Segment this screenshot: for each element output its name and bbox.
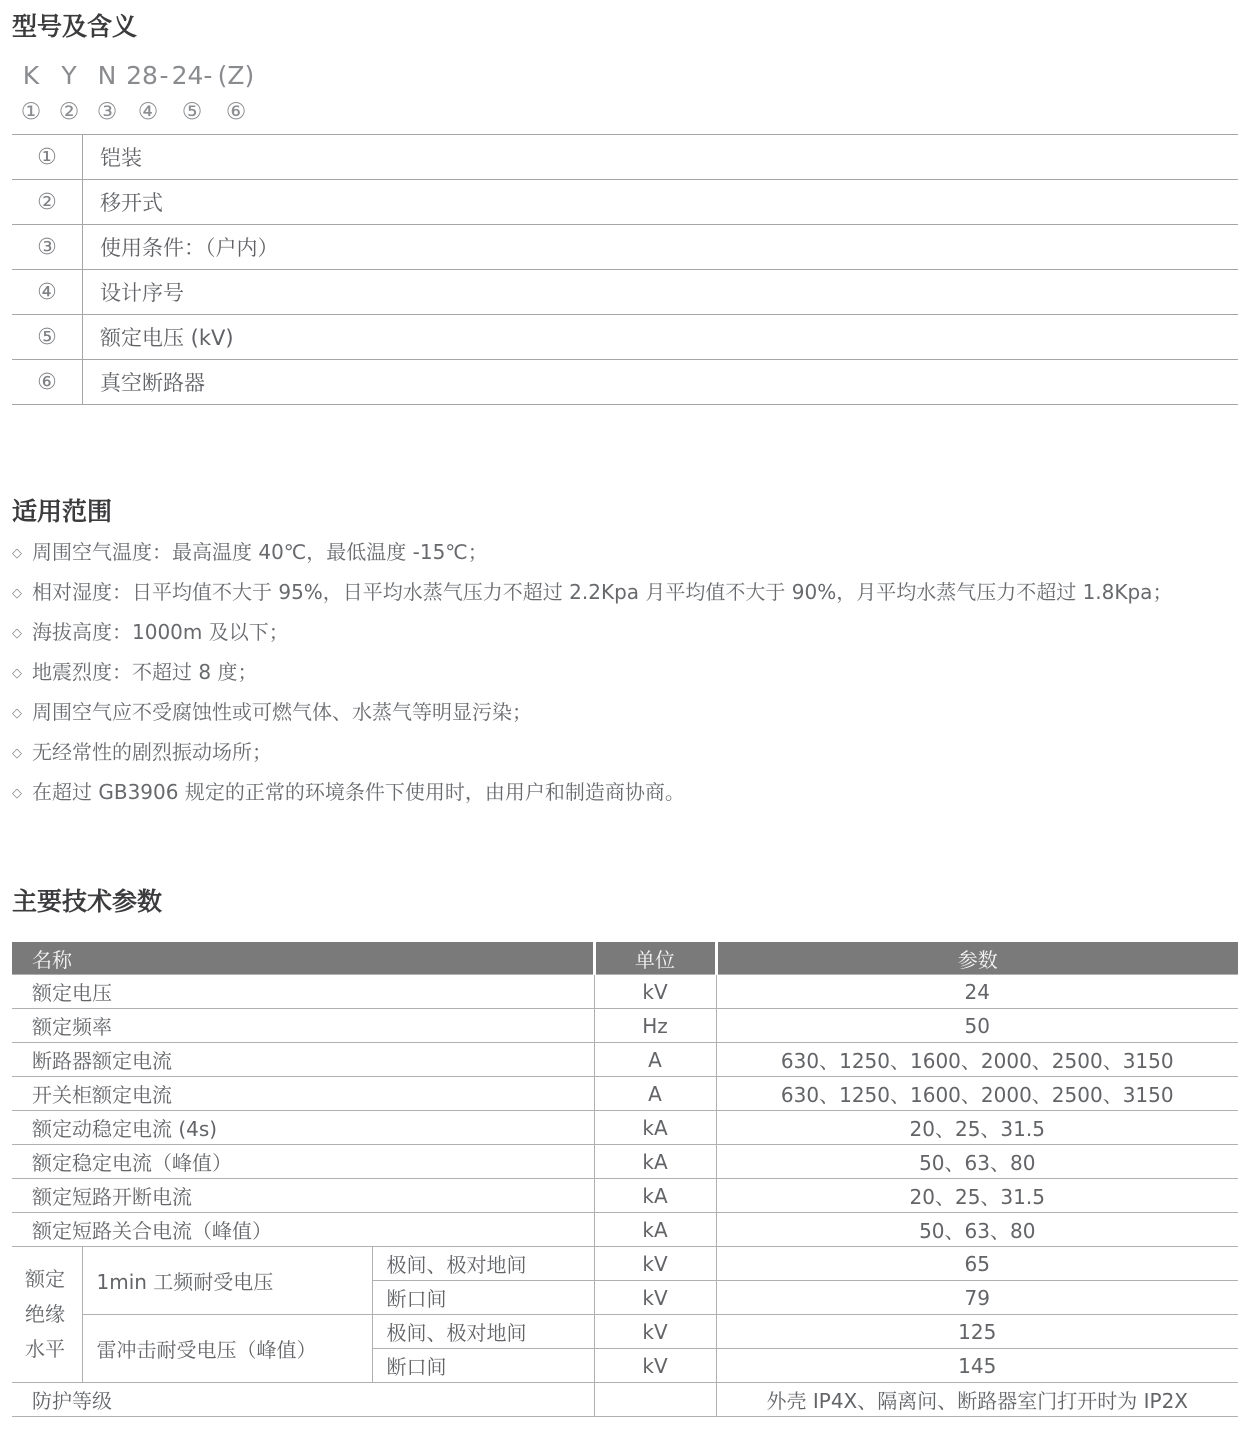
value-cell: 630、1250、1600、2000、2500、3150 [716,1077,1238,1111]
bullet-text: 周围空气应不受腐蚀性或可燃气体、水蒸气等明显污染； [32,700,532,724]
circle-cell: ④ [12,270,83,315]
param-row: 开关柜额定电流 A 630、1250、1600、2000、2500、3150 [12,1077,1238,1111]
unit-cell: kV [594,1315,716,1349]
value-cell: 50、63、80 [716,1213,1238,1247]
list-item: ◇海拔高度：1000m 及以下； [12,613,1238,653]
unit-cell: Hz [594,1009,716,1043]
scope-list: ◇周围空气温度：最高温度 40℃，最低温度 -15℃； ◇相对湿度：日平均值不大… [12,533,1238,813]
name-cell: 额定动稳定电流 (4s) [12,1111,594,1145]
unit-cell: kV [594,975,716,1009]
param-row: 断路器额定电流 A 630、1250、1600、2000、2500、3150 [12,1043,1238,1077]
value-cell: 50 [716,1009,1238,1043]
name-cell: 额定电压 [12,975,594,1009]
insulation-group-cell: 额定 绝缘 水平 [12,1247,82,1383]
model-meaning-table: ① 铠装 ② 移开式 ③ 使用条件：（户内） ④ 设计序号 ⑤ 额定电压 (kV… [12,134,1238,405]
unit-cell: kA [594,1145,716,1179]
param-row-insulation: 雷冲击耐受电压（峰值） 极间、极对地间 kV 125 [12,1315,1238,1349]
code-segment: 24- [170,60,214,92]
condition-cell: 极间、极对地间 [372,1247,594,1281]
code-segment: N [88,60,126,92]
name-cell: 额定短路开断电流 [12,1179,594,1213]
insulation-type-cell: 1min 工频耐受电压 [82,1247,372,1315]
unit-cell: kV [594,1349,716,1383]
circle-index: ④ [126,98,170,126]
bullet-text: 周围空气温度：最高温度 40℃，最低温度 -15℃； [32,540,488,564]
condition-cell: 断口间 [372,1349,594,1383]
list-item: ◇在超过 GB3906 规定的正常的环境条件下使用时，由用户和制造商协商。 [12,773,1238,813]
param-row: 额定频率 Hz 50 [12,1009,1238,1043]
name-cell: 额定稳定电流（峰值） [12,1145,594,1179]
name-cell: 额定频率 [12,1009,594,1043]
circle-index: ① [12,98,50,126]
diamond-icon: ◇ [12,626,22,641]
list-item: ◇无经常性的剧烈振动场所； [12,733,1238,773]
diamond-icon: ◇ [12,706,22,721]
desc-cell: 使用条件：（户内） [83,225,1239,270]
param-row-insulation: 额定 绝缘 水平 1min 工频耐受电压 极间、极对地间 kV 65 [12,1247,1238,1281]
table-row: ⑥ 真空断路器 [12,360,1238,405]
value-cell: 65 [716,1247,1238,1281]
table-row: ⑤ 额定电压 (kV) [12,315,1238,360]
insulation-type-cell: 雷冲击耐受电压（峰值） [82,1315,372,1383]
code-segment: - [158,60,170,92]
model-code-indices: ① ② ③ ④ ⑤ ⑥ [12,98,1238,126]
params-header-row: 名称 单位 参数 [12,942,1238,975]
param-row: 额定稳定电流（峰值） kA 50、63、80 [12,1145,1238,1179]
circle-cell: ⑥ [12,360,83,405]
table-row: ② 移开式 [12,180,1238,225]
unit-cell: kV [594,1247,716,1281]
param-row: 额定动稳定电流 (4s) kA 20、25、31.5 [12,1111,1238,1145]
model-code-line: K Y N 28 - 24- (Z) [12,60,1238,92]
diamond-icon: ◇ [12,786,22,801]
code-segment: 28 [126,60,158,92]
value-cell: 50、63、80 [716,1145,1238,1179]
unit-cell [594,1383,716,1417]
diamond-icon: ◇ [12,666,22,681]
value-cell: 20、25、31.5 [716,1111,1238,1145]
bullet-text: 地震烈度：不超过 8 度； [32,660,257,684]
desc-cell: 设计序号 [83,270,1239,315]
value-cell: 20、25、31.5 [716,1179,1238,1213]
list-item: ◇相对湿度：日平均值不大于 95%，日平均水蒸气压力不超过 2.2Kpa 月平均… [12,573,1238,613]
bullet-text: 相对湿度：日平均值不大于 95%，日平均水蒸气压力不超过 2.2Kpa 月平均值… [32,580,1172,604]
condition-cell: 极间、极对地间 [372,1315,594,1349]
section-title-scope: 适用范围 [12,497,1238,527]
circle-index: ⑥ [214,98,258,126]
code-segment: Y [50,60,88,92]
unit-cell: kA [594,1111,716,1145]
table-row: ③ 使用条件：（户内） [12,225,1238,270]
diamond-icon: ◇ [12,586,22,601]
unit-cell: A [594,1077,716,1111]
name-cell: 开关柜额定电流 [12,1077,594,1111]
circle-cell: ③ [12,225,83,270]
value-cell: 630、1250、1600、2000、2500、3150 [716,1043,1238,1077]
name-cell: 断路器额定电流 [12,1043,594,1077]
code-segment: K [12,60,50,92]
header-name: 名称 [12,942,594,975]
desc-cell: 额定电压 (kV) [83,315,1239,360]
bullet-text: 海拔高度：1000m 及以下； [32,620,289,644]
desc-cell: 真空断路器 [83,360,1239,405]
circle-index: ⑤ [170,98,214,126]
bullet-text: 无经常性的剧烈振动场所； [32,740,272,764]
section-title-model: 型号及含义 [12,12,1238,42]
unit-cell: kA [594,1213,716,1247]
params-table: 名称 单位 参数 额定电压 kV 24 额定频率 Hz 50 断路器额定电流 A… [12,942,1238,1417]
diamond-icon: ◇ [12,546,22,561]
list-item: ◇周围空气温度：最高温度 40℃，最低温度 -15℃； [12,533,1238,573]
list-item: ◇周围空气应不受腐蚀性或可燃气体、水蒸气等明显污染； [12,693,1238,733]
unit-cell: kA [594,1179,716,1213]
param-row: 额定短路开断电流 kA 20、25、31.5 [12,1179,1238,1213]
desc-cell: 铠装 [83,135,1239,180]
param-row: 额定短路关合电流（峰值） kA 50、63、80 [12,1213,1238,1247]
section-title-params: 主要技术参数 [12,887,1238,917]
circle-index: ③ [88,98,126,126]
circle-cell: ⑤ [12,315,83,360]
param-row: 额定电压 kV 24 [12,975,1238,1009]
value-cell: 79 [716,1281,1238,1315]
bullet-text: 在超过 GB3906 规定的正常的环境条件下使用时，由用户和制造商协商。 [32,780,685,804]
unit-cell: kV [594,1281,716,1315]
header-unit: 单位 [594,942,716,975]
code-segment: (Z) [214,60,258,92]
circle-cell: ② [12,180,83,225]
value-cell: 145 [716,1349,1238,1383]
header-param: 参数 [716,942,1238,975]
value-cell: 125 [716,1315,1238,1349]
circle-index: ② [50,98,88,126]
unit-cell: A [594,1043,716,1077]
diamond-icon: ◇ [12,746,22,761]
document-page: 型号及含义 K Y N 28 - 24- (Z) ① ② ③ ④ ⑤ ⑥ ① 铠… [0,0,1250,1447]
condition-cell: 断口间 [372,1281,594,1315]
name-cell: 额定短路关合电流（峰值） [12,1213,594,1247]
circle-cell: ① [12,135,83,180]
list-item: ◇地震烈度：不超过 8 度； [12,653,1238,693]
name-cell: 防护等级 [12,1383,594,1417]
table-row: ① 铠装 [12,135,1238,180]
value-cell: 外壳 IP4X、隔离问、断路器室门打开时为 IP2X [716,1383,1238,1417]
protection-row: 防护等级 外壳 IP4X、隔离问、断路器室门打开时为 IP2X [12,1383,1238,1417]
desc-cell: 移开式 [83,180,1239,225]
value-cell: 24 [716,975,1238,1009]
table-row: ④ 设计序号 [12,270,1238,315]
